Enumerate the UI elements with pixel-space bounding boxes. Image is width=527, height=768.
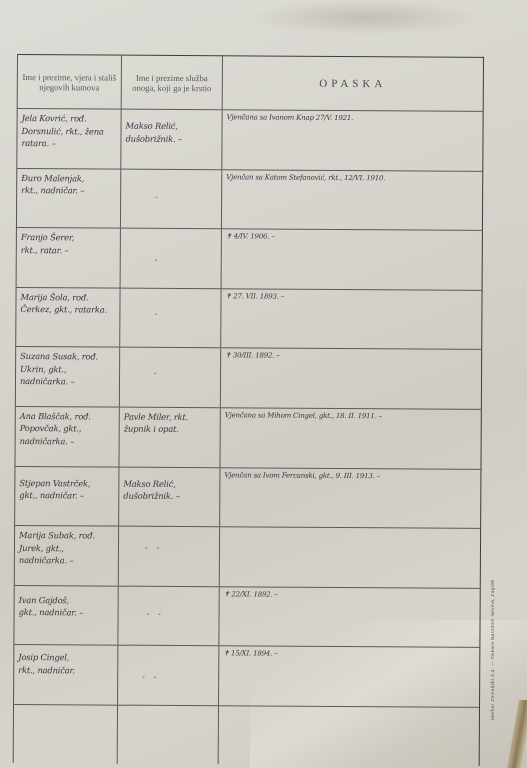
header-remark: OPASKA — [223, 56, 483, 111]
table-row: Jela Kovrić, rođ. Dorsnulić, rkt., žena … — [17, 109, 482, 171]
baptized-by-cell: Makso Relić, dušobrižnik. – — [119, 467, 220, 526]
godparents-line: Jurek, gkt., — [19, 542, 114, 555]
godparents-line: Josip Cingel, — [18, 651, 113, 664]
register-table: Ime i prezime, vjera i stališ njegovih k… — [13, 54, 484, 766]
ditto-mark: ″ ″ — [147, 613, 161, 621]
remark-cell: ✝ 30/III. 1892. – — [221, 349, 481, 409]
remark-cell: Vjenčan sa Katom Stefanović, rkt., 12/VI… — [222, 170, 482, 230]
ditto-mark: ″ — [155, 195, 158, 203]
godparents-line: Popovčak, gkt., — [20, 422, 115, 435]
godparents-line: gkt., nadničar. – — [19, 489, 114, 502]
ditto-mark: ″ ″ — [142, 676, 156, 684]
godparents-cell: Jela Kovrić, rođ. Dorsnulić, rkt., žena … — [17, 109, 121, 168]
table-row: Ana Blaščak, rođ. Popovčak, gkt., nadnič… — [15, 407, 480, 469]
table-row: Josip Cingel, rkt., nadničar. ″ ″ ✝ 15/X… — [14, 645, 479, 707]
godparents-cell: Suzana Susak, rođ. Ukrin, gkt., nadničar… — [16, 347, 120, 406]
ditto-mark: ″ — [154, 372, 157, 380]
baptized-by-cell: ″ — [120, 288, 221, 347]
godparents-cell: Đuro Malenjak, rkt., nadničar. – — [17, 169, 121, 228]
header-godparents: Ime i prezime, vjera i stališ njegovih k… — [18, 55, 122, 109]
page-shadow — [250, 0, 480, 35]
remark-cell: ✝ 27. VII. 1893. – — [221, 289, 481, 349]
next-page-edge — [507, 700, 527, 768]
godparents-line: gkt., nadničar. – — [19, 606, 114, 619]
godparents-line: rkt., ratar. – — [21, 244, 116, 257]
empty-cell — [219, 706, 479, 766]
table-row: Marija Subak, rođ. Jurek, gkt., nadničar… — [15, 526, 480, 588]
table-row: Stjepan Vastrček, gkt., nadničar. – Maks… — [15, 467, 480, 529]
godparents-cell: Marija Šola, rođ. Čerkez, gkt., ratarka. — [16, 288, 120, 347]
remark-cell: ✝ 22/XI. 1892. – — [219, 587, 479, 647]
baptized-by-cell: ″ — [120, 348, 221, 407]
godparents-line: Suzana Susak, rođ. — [20, 350, 115, 363]
baptized-by-cell: ″ ″ — [118, 646, 219, 705]
godparents-line: Čerkez, gkt., ratarka. — [20, 303, 115, 316]
baptized-by-line: Makso Relić, — [123, 477, 215, 490]
table-header: Ime i prezime, vjera i stališ njegovih k… — [18, 55, 483, 112]
remark-cell — [220, 527, 480, 587]
godparents-cell: Josip Cingel, rkt., nadničar. — [14, 645, 118, 704]
table-row-empty — [14, 705, 479, 766]
empty-cell — [14, 705, 118, 764]
baptized-by-cell: ″ — [121, 229, 222, 288]
godparents-line: Ivan Gajdoš, — [19, 594, 114, 607]
ditto-mark: ″ — [155, 259, 158, 267]
godparents-line: Ukrin, gkt., — [20, 363, 115, 376]
table-row: Suzana Susak, rođ. Ukrin, gkt., nadničar… — [16, 347, 481, 409]
ditto-mark: ″ — [154, 313, 157, 321]
printer-imprint: Merkur Zemaljski d.d. — Tiskara Narodnih… — [490, 560, 495, 720]
godparents-cell: Ana Blaščak, rođ. Popovčak, gkt., nadnič… — [15, 407, 119, 466]
baptized-by-line: Pavle Miler, rkt. — [124, 411, 216, 424]
godparents-line: rkt., nadničar. — [18, 664, 113, 677]
remark-cell: ✝ 15/XI. 1894. – — [219, 647, 479, 707]
table-row: Đuro Malenjak, rkt., nadničar. – ″ Vjenč… — [17, 169, 482, 231]
baptized-by-line: župnik i opat. — [124, 423, 216, 436]
baptized-by-cell: Pavle Miler, rkt. župnik i opat. — [119, 408, 220, 467]
remark-cell: Vjenčana sa Ivanom Knap 27/V. 1921. — [222, 110, 482, 170]
godparents-line: Marija Subak, rođ. — [19, 529, 114, 542]
godparents-line: Đuro Malenjak, — [21, 172, 116, 185]
table-row: Franjo Šerer, rkt., ratar. – ″ ✝ 4/IV. 1… — [17, 228, 482, 290]
baptized-by-line: dušobrižnik. – — [125, 132, 217, 145]
godparents-line: rkt., nadničar. – — [21, 184, 116, 197]
baptized-by-line: Makso Relić, — [126, 120, 218, 133]
baptized-by-cell: ″ ″ — [119, 527, 220, 586]
godparents-cell: Ivan Gajdoš, gkt., nadničar. – — [14, 586, 118, 645]
remark-cell: Vjenčana sa Mihom Cingel, gkt., 18. II. … — [220, 408, 480, 468]
godparents-cell: Stjepan Vastrček, gkt., nadničar. – — [15, 467, 119, 526]
godparents-line: ratara. – — [21, 137, 116, 150]
godparents-line: Ana Blaščak, rođ. — [20, 410, 115, 423]
baptized-by-cell: ″ ″ — [118, 586, 219, 645]
godparents-line: nadničarka. – — [20, 375, 115, 388]
godparents-cell: Marija Subak, rođ. Jurek, gkt., nadničar… — [15, 526, 119, 585]
godparents-line: Dorsnulić, rkt., žena — [21, 125, 116, 138]
godparents-line: Franjo Šerer, — [21, 231, 116, 244]
remark-cell: Vjenčan sa Ivom Fercanski, gkt., 9. III.… — [220, 468, 480, 528]
header-baptized-by: Ime i prezime služba onoga, koji ga je k… — [122, 56, 223, 110]
godparents-line: nadničarka. – — [20, 435, 115, 448]
ditto-mark: ″ ″ — [145, 547, 159, 555]
baptized-by-cell: Makso Relić, dušobrižnik. – — [121, 110, 222, 169]
godparents-line: Jela Kovrić, rođ. — [22, 112, 117, 125]
empty-cell — [118, 706, 219, 765]
remark-cell: ✝ 4/IV. 1906. – — [222, 229, 482, 289]
godparents-line: nadničarka. – — [19, 554, 114, 567]
table-row: Ivan Gajdoš, gkt., nadničar. – ″ ″ ✝ 22/… — [14, 586, 479, 648]
godparents-cell: Franjo Šerer, rkt., ratar. – — [17, 228, 121, 287]
table-row: Marija Šola, rođ. Čerkez, gkt., ratarka.… — [16, 288, 481, 350]
godparents-line: Stjepan Vastrček, — [19, 477, 114, 490]
godparents-line: Marija Šola, rođ. — [20, 291, 115, 304]
baptized-by-line: dušobrižnik. – — [123, 490, 215, 503]
baptized-by-cell: ″ — [121, 169, 222, 228]
